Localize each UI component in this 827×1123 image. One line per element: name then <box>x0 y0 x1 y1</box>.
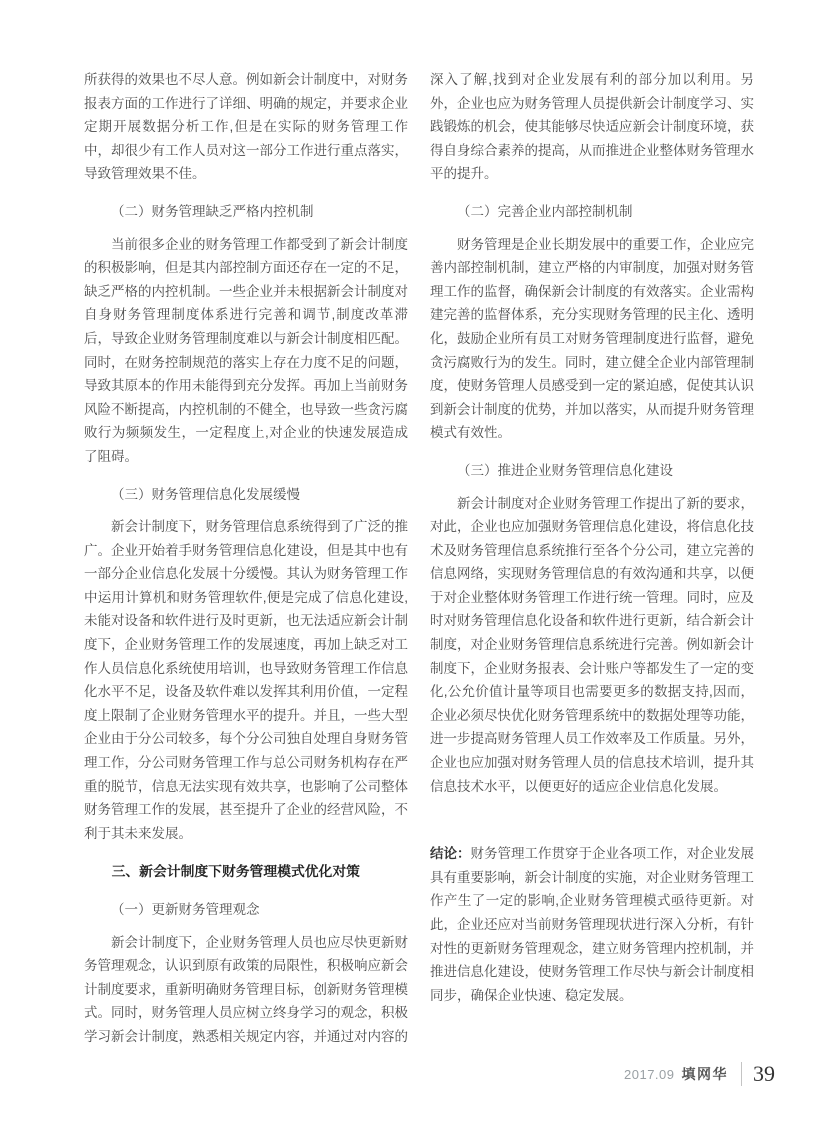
section-heading: 三、新会计制度下财务管理模式优化对策 <box>84 860 408 884</box>
paragraph: 深入了解,找到对企业发展有利的部分加以利用。另外，企业也应为财务管理人员提供新会… <box>430 68 754 186</box>
right-column: 深入了解,找到对企业发展有利的部分加以利用。另外，企业也应为财务管理人员提供新会… <box>430 68 754 1049</box>
article-body: 所获得的效果也不尽人意。例如新会计制度中，对财务报表方面的工作进行了详细、明确的… <box>84 68 754 1049</box>
paragraph: 当前很多企业的财务管理工作都受到了新会计制度的积极影响，但是其内部控制方面还存在… <box>84 233 408 469</box>
sub-heading: （二）完善企业内部控制机制 <box>430 200 754 224</box>
footer-divider <box>741 1062 742 1086</box>
sub-heading: （一）更新财务管理观念 <box>84 898 408 922</box>
sub-heading: （三）推进企业财务管理信息化建设 <box>430 459 754 483</box>
page-number: 39 <box>753 1061 775 1087</box>
journal-logo: 填网华 <box>682 1064 729 1084</box>
conclusion-paragraph: 结论：财务管理工作贯穿于企业各项工作，对企业发展具有重要影响，新会计制度的实施，… <box>430 842 754 1007</box>
conclusion-label: 结论： <box>430 846 471 861</box>
issue-date: 2017.09 <box>624 1067 675 1082</box>
page-footer: 2017.09 填网华 39 <box>624 1061 775 1087</box>
left-column: 所获得的效果也不尽人意。例如新会计制度中，对财务报表方面的工作进行了详细、明确的… <box>84 68 408 1049</box>
paragraph: 财务管理是企业长期发展中的重要工作，企业应完善内部控制机制，建立严格的内审制度，… <box>430 233 754 445</box>
sub-heading: （二）财务管理缺乏严格内控机制 <box>84 200 408 224</box>
sub-heading: （三）财务管理信息化发展缓慢 <box>84 483 408 507</box>
paragraph: 新会计制度下，财务管理信息系统得到了广泛的推广。企业开始着手财务管理信息化建设，… <box>84 515 408 845</box>
paragraph: 新会计制度下，企业财务管理人员也应尽快更新财务管理观念，认识到原有政策的局限性，… <box>84 931 408 1049</box>
paragraph: 所获得的效果也不尽人意。例如新会计制度中，对财务报表方面的工作进行了详细、明确的… <box>84 68 408 186</box>
paragraph: 新会计制度对企业财务管理工作提出了新的要求，对此，企业也应加强财务管理信息化建设… <box>430 492 754 799</box>
